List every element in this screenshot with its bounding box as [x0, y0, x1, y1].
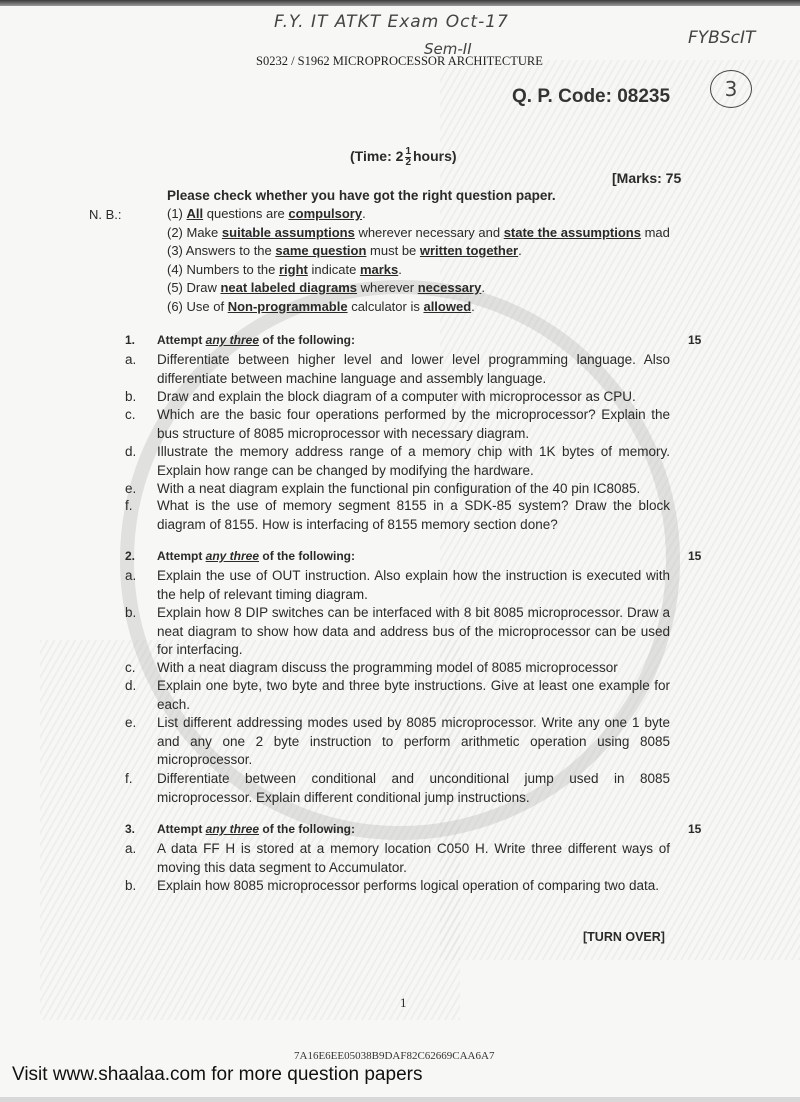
handwritten-class-note: FYBScIT: [688, 28, 755, 48]
course-title: S0232 / S1962 MICROPROCESSOR ARCHITECTUR…: [256, 54, 543, 69]
sub-question-text: With a neat diagram discuss the programm…: [157, 659, 670, 678]
sub-question-label: a.: [125, 840, 136, 859]
sub-question: b.Explain how 8085 microprocessor perfor…: [125, 877, 670, 896]
sub-question-label: b.: [125, 877, 136, 896]
question-marks: 15: [688, 822, 701, 836]
sub-question-text: Explain one byte, two byte and three byt…: [157, 677, 670, 714]
sub-question: a.Differentiate between higher level and…: [125, 351, 670, 388]
question-number: 1.: [125, 333, 135, 347]
question-number: 2.: [125, 549, 135, 563]
sub-question: a.A data FF H is stored at a memory loca…: [125, 840, 670, 877]
sub-question-label: a.: [125, 351, 136, 370]
sub-question-text: Explain how 8085 microprocessor performs…: [157, 877, 670, 896]
sub-question-text: With a neat diagram explain the function…: [157, 480, 670, 499]
sub-question: c.Which are the basic four operations pe…: [125, 406, 670, 443]
instruction-item: (2) Make suitable assumptions wherever n…: [167, 224, 670, 243]
page-number: 1: [400, 995, 407, 1011]
sub-question-text: Differentiate between higher level and l…: [157, 351, 670, 388]
sub-question: c.With a neat diagram discuss the progra…: [125, 659, 670, 678]
time-suffix: hours): [413, 148, 457, 164]
question-marks: 15: [688, 333, 701, 347]
sub-question: d.Explain one byte, two byte and three b…: [125, 677, 670, 714]
instruction-item: (6) Use of Non-programmable calculator i…: [167, 298, 670, 317]
sub-question-text: Draw and explain the block diagram of a …: [157, 388, 670, 407]
sub-question-label: d.: [125, 677, 136, 696]
sub-question: d.Illustrate the memory address range of…: [125, 443, 670, 480]
sub-question: b.Explain how 8 DIP switches can be inte…: [125, 604, 670, 660]
sub-question: f.Differentiate between conditional and …: [125, 770, 670, 807]
sub-question-label: d.: [125, 443, 136, 462]
instruction-item: (3) Answers to the same question must be…: [167, 242, 670, 261]
sub-question-text: List different addressing modes used by …: [157, 714, 670, 770]
sub-question-text: Illustrate the memory address range of a…: [157, 443, 670, 480]
sub-question-label: b.: [125, 604, 136, 623]
sub-question-label: c.: [125, 659, 136, 678]
nb-label: N. B.:: [89, 207, 122, 222]
handwritten-exam-note: F.Y. IT ATKT Exam Oct-17: [274, 12, 509, 32]
circled-number: 3: [710, 70, 752, 108]
exam-time: (Time: 212hours): [350, 147, 457, 168]
instruction-item: (1) All questions are compulsory.: [167, 205, 670, 224]
sub-question: b.Draw and explain the block diagram of …: [125, 388, 670, 407]
turn-over: [TURN OVER]: [583, 930, 665, 944]
sub-question-text: A data FF H is stored at a memory locati…: [157, 840, 670, 877]
sub-question-label: f.: [125, 497, 133, 516]
sub-question-label: a.: [125, 567, 136, 586]
time-prefix: (Time: 2: [350, 148, 403, 164]
question-marks: 15: [688, 549, 701, 563]
question-instruction: Attempt any three of the following:: [157, 822, 355, 836]
sub-question-text: Explain the use of OUT instruction. Also…: [157, 567, 670, 604]
sub-question-text: Differentiate between conditional and un…: [157, 770, 670, 807]
question-instruction: Attempt any three of the following:: [157, 333, 355, 347]
time-fraction: 12: [405, 147, 411, 168]
check-note: Please check whether you have got the ri…: [167, 188, 556, 203]
hash-code: 7A16E6EE05038B9DAF82C62669CAA6A7: [294, 1050, 494, 1062]
sub-question: e.With a neat diagram explain the functi…: [125, 480, 670, 499]
sub-question-label: e.: [125, 480, 136, 499]
instruction-item: (4) Numbers to the right indicate marks.: [167, 261, 670, 280]
frac-den: 2: [405, 158, 411, 168]
visit-note: Visit www.shaalaa.com for more question …: [12, 1064, 422, 1086]
sub-question-text: What is the use of memory segment 8155 i…: [157, 497, 670, 534]
question-number: 3.: [125, 822, 135, 836]
sub-question: a.Explain the use of OUT instruction. Al…: [125, 567, 670, 604]
instructions-list: (1) All questions are compulsory.(2) Mak…: [167, 205, 670, 316]
scan-top-edge: [0, 0, 800, 6]
sub-question-text: Explain how 8 DIP switches can be interf…: [157, 604, 670, 660]
sub-question-label: f.: [125, 770, 133, 789]
sub-question-label: e.: [125, 714, 136, 733]
total-marks: [Marks: 75: [612, 170, 681, 186]
qp-code: Q. P. Code: 08235: [512, 86, 670, 108]
question-instruction: Attempt any three of the following:: [157, 549, 355, 563]
sub-question-label: c.: [125, 406, 136, 425]
instruction-item: (5) Draw neat labeled diagrams wherever …: [167, 279, 670, 298]
scan-bottom-edge: [0, 1097, 800, 1102]
sub-question-label: b.: [125, 388, 136, 407]
sub-question: e.List different addressing modes used b…: [125, 714, 670, 770]
sub-question-text: Which are the basic four operations perf…: [157, 406, 670, 443]
sub-question: f.What is the use of memory segment 8155…: [125, 497, 670, 534]
